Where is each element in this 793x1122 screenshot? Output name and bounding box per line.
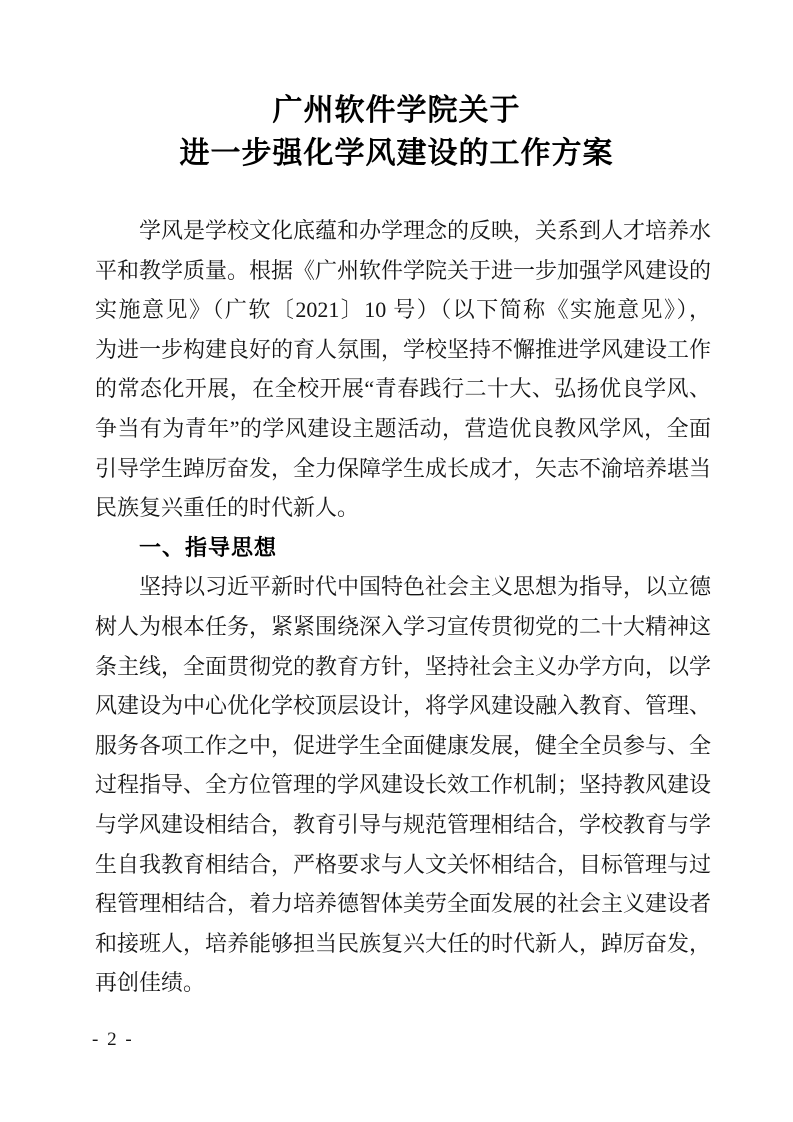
page-number: - 2 - bbox=[92, 1029, 134, 1051]
text-line: 坚持以习近平新时代中国特色社会主义思想为指导，以立德 bbox=[95, 567, 711, 607]
document-page: 广州软件学院关于 进一步强化学风建设的工作方案 学风是学校文化底蕴和办学理念的反… bbox=[0, 0, 793, 1122]
text-line: 为进一步构建良好的育人氛围，学校坚持不懈推进学风建设工作 bbox=[95, 330, 711, 370]
paragraph-guiding-ideology: 坚持以习近平新时代中国特色社会主义思想为指导，以立德 树人为根本任务，紧紧围绕深… bbox=[95, 567, 711, 1003]
text-line: 与学风建设相结合，教育引导与规范管理相结合，学校教育与学 bbox=[95, 805, 711, 845]
text-line: 引导学生踔厉奋发，全力保障学生成长成才，矢志不渝培养堪当 bbox=[95, 449, 711, 489]
text-line: 实施意见》（广软〔2021〕10 号）（以下简称《实施意见》）， bbox=[95, 290, 711, 330]
text-line: 争当有为青年”的学风建设主题活动，营造优良教风学风，全面 bbox=[95, 409, 711, 449]
text-line: 服务各项工作之中，促进学生全面健康发展，健全全员参与、全 bbox=[95, 726, 711, 766]
document-title-line-1: 广州软件学院关于 bbox=[0, 89, 793, 132]
text-line: 和接班人，培养能够担当民族复兴大任的时代新人，踔厉奋发， bbox=[95, 924, 711, 964]
text-line: 学风是学校文化底蕴和办学理念的反映，关系到人才培养水 bbox=[95, 211, 711, 251]
text-line: 程管理相结合，着力培养德智体美劳全面发展的社会主义建设者 bbox=[95, 884, 711, 924]
document-body: 学风是学校文化底蕴和办学理念的反映，关系到人才培养水 平和教学质量。根据《广州软… bbox=[95, 211, 711, 1003]
text-line: 风建设为中心优化学校顶层设计，将学风建设融入教育、管理、 bbox=[95, 686, 711, 726]
text-line: 平和教学质量。根据《广州软件学院关于进一步加强学风建设的 bbox=[95, 251, 711, 291]
text-line: 生自我教育相结合，严格要求与人文关怀相结合，目标管理与过 bbox=[95, 845, 711, 885]
text-line: 再创佳绩。 bbox=[95, 963, 711, 1003]
text-line: 过程指导、全方位管理的学风建设长效工作机制；坚持教风建设 bbox=[95, 765, 711, 805]
text-line: 民族复兴重任的时代新人。 bbox=[95, 488, 711, 528]
section-heading-guiding-ideology: 一、指导思想 bbox=[95, 528, 711, 568]
document-title-line-2: 进一步强化学风建设的工作方案 bbox=[0, 132, 793, 175]
text-line: 条主线，全面贯彻党的教育方针，坚持社会主义办学方向，以学 bbox=[95, 647, 711, 687]
text-line: 的常态化开展，在全校开展“青春践行二十大、弘扬优良学风、 bbox=[95, 369, 711, 409]
paragraph-intro: 学风是学校文化底蕴和办学理念的反映，关系到人才培养水 平和教学质量。根据《广州软… bbox=[95, 211, 711, 528]
document-title: 广州软件学院关于 进一步强化学风建设的工作方案 bbox=[0, 89, 793, 175]
text-line: 树人为根本任务，紧紧围绕深入学习宣传贯彻党的二十大精神这 bbox=[95, 607, 711, 647]
